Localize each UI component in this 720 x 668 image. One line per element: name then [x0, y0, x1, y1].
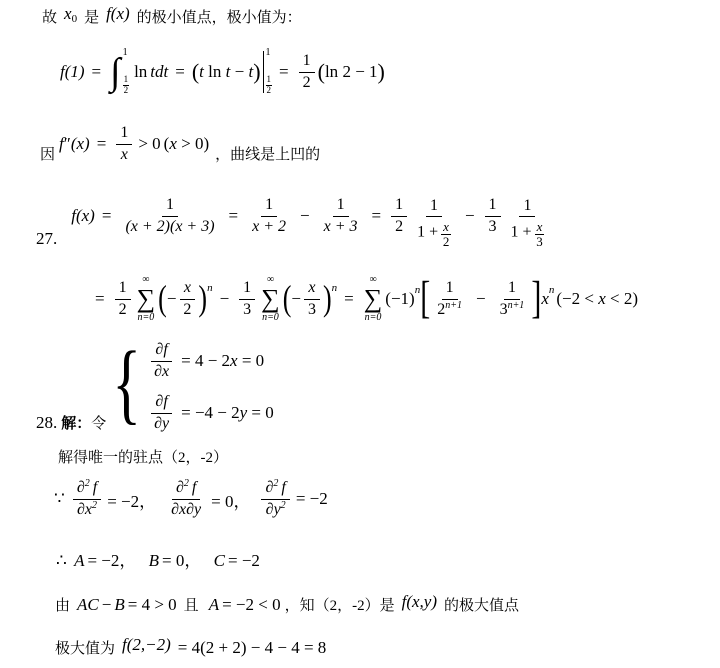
- partial-fractions-formula: 27. f(x) = 1(x + 2)(x + 3) = 1x + 2 − 1x…: [36, 183, 551, 249]
- partial-x-equation: ∂f∂x = 4 − 2x = 0: [147, 341, 274, 381]
- value-token: = 0，: [162, 551, 201, 570]
- open-paren: (: [283, 281, 292, 317]
- greater-than-zero: > 0: [138, 134, 160, 154]
- var-A: A: [74, 551, 84, 570]
- min-point-text: 的极小值点，极小值为：: [137, 10, 302, 26]
- minus-sign: −: [220, 289, 230, 309]
- summation-sign: ∞∑n=0: [364, 275, 383, 323]
- max-value-label: 极大值为: [55, 641, 115, 657]
- integral-limits: 1 12: [123, 48, 130, 96]
- close-bracket: ]: [531, 277, 541, 322]
- lower-limit-half: 12: [266, 75, 273, 96]
- min-point-statement: 故 x0 是 f(x) 的极小值点，极小值为：: [42, 6, 302, 27]
- value-token: = −2，: [107, 487, 156, 512]
- equation-rhs: = −4 − 2y = 0: [181, 403, 274, 423]
- second-derivatives-line: ∵ ∂2f∂x2 = −2， ∂2f∂x∂y = 0， ∂2f∂y2 = −2: [54, 474, 331, 524]
- fx-token: f(x): [106, 4, 130, 23]
- summation-sign: ∞∑n=0: [261, 275, 280, 323]
- minus-sign: −: [476, 289, 486, 309]
- minus-sign: −: [102, 595, 112, 614]
- var-x0: x0: [64, 4, 77, 23]
- value-token: = −2: [296, 489, 328, 509]
- var-B: B: [149, 551, 159, 570]
- max-point-text: 的极大值点: [444, 598, 519, 614]
- system-brace: {: [112, 338, 141, 428]
- result-term: (ln 2 − 1): [318, 59, 385, 85]
- concave-text: ，曲线是上凹的: [215, 143, 320, 164]
- fraction-geometric-2: 11 +x2: [413, 197, 455, 248]
- value-token: = 0，: [211, 487, 250, 512]
- maximum-value-line: 极大值为 f(2,−2) = 4(2 + 2) − 4 − 4 = 8: [55, 637, 326, 658]
- var-B: B: [114, 595, 124, 614]
- text-qie: 且: [184, 598, 199, 614]
- value-token: = −2: [228, 551, 260, 570]
- stationary-point-statement: 解得唯一的驻点（2，-2）: [58, 446, 228, 467]
- fraction-one-half: 12: [299, 52, 315, 92]
- var-A: A: [209, 595, 219, 614]
- equals-sign: =: [92, 62, 102, 82]
- ling-label: 令: [91, 416, 106, 432]
- minus-sign: −: [300, 206, 310, 226]
- exponent-n: n: [207, 282, 213, 294]
- f-double-prime: f″(x): [59, 134, 90, 154]
- abc-values-line: ∴ A= −2， B= 0， C= −2: [56, 546, 260, 571]
- system-of-equations: 28. 解：令 { ∂f∂x = 4 − 2x = 0 ∂f∂y = −4 − …: [36, 333, 274, 433]
- text-yin: 因: [40, 143, 55, 164]
- nested-fraction-x-over-3: x3: [535, 220, 545, 250]
- fraction-geometric-3: 11 +x3: [507, 197, 549, 248]
- exponent-n: n: [332, 282, 338, 294]
- evaluation-limits: 1 12: [266, 48, 273, 96]
- text-you: 由: [55, 598, 70, 614]
- fraction-product: 1(x + 2)(x + 3): [121, 196, 218, 236]
- value-computation: = 4(2 + 2) − 4 − 4 = 8: [178, 638, 327, 657]
- equals-sign: =: [175, 62, 185, 82]
- evaluation-bar: 1 12: [263, 48, 273, 96]
- minus-sign: −: [291, 289, 301, 309]
- fx-token: f(x): [71, 206, 95, 226]
- equals-sign: =: [95, 289, 105, 309]
- text-shi: 是: [84, 10, 99, 26]
- fraction-one-half: 12: [391, 196, 407, 236]
- know-point-text: ，知（2，-2）是: [285, 598, 395, 614]
- fraction-3-power: 13n+1: [496, 279, 529, 319]
- equals-sign: =: [229, 206, 239, 226]
- nested-fraction-x-over-2: x2: [441, 220, 451, 250]
- jie-label: 解：: [61, 416, 91, 432]
- equals-sign: =: [102, 206, 112, 226]
- var-AC: AC: [77, 595, 99, 614]
- value-token: = −2 < 0: [222, 595, 281, 614]
- fraction-one-over-x: 1x: [116, 124, 132, 164]
- d2f-dxdy-fraction: ∂2f∂x∂y: [167, 479, 205, 519]
- equals-sign: =: [344, 289, 354, 309]
- summation-sign: ∞∑n=0: [137, 275, 156, 323]
- maximum-point-statement: 由 AC−B= 4 > 0 且 A= −2 < 0 ，知（2，-2）是 f(x,…: [55, 594, 519, 615]
- vertical-bar: [263, 51, 264, 93]
- open-paren: (: [158, 281, 167, 317]
- equation-rhs: = 4 − 2x = 0: [181, 351, 264, 371]
- fraction-one-third: 13: [485, 196, 501, 236]
- equals-sign: =: [97, 134, 107, 154]
- lower-limit-half: 12: [123, 75, 130, 96]
- value-token: = 4 > 0: [128, 595, 177, 614]
- value-token: = −2，: [87, 551, 136, 570]
- integral-formula: f(1) = ∫ 1 12 lntdt = (t ln t − t) 1 12 …: [60, 44, 385, 100]
- because-symbol: ∵: [54, 489, 65, 509]
- partial-fraction-fx: ∂f∂x: [150, 341, 173, 381]
- problem-number-27: 27.: [36, 229, 57, 249]
- concavity-statement: 因 f″(x) = 1x > 0 (x > 0) ，曲线是上凹的: [40, 116, 320, 164]
- second-derivative-formula: f″(x) = 1x > 0 (x > 0): [59, 124, 209, 164]
- fraction-x-over-3: x3: [304, 279, 320, 319]
- close-paren: ): [198, 281, 207, 317]
- minus-sign: −: [167, 289, 177, 309]
- f-at-point-token: f(2,−2): [122, 635, 171, 654]
- equals-sign: =: [372, 206, 382, 226]
- text-gu: 故: [42, 10, 57, 26]
- open-bracket: [: [420, 277, 430, 322]
- f1-token: f(1): [60, 62, 85, 82]
- integrand: lntdt: [131, 62, 168, 82]
- close-paren: ): [323, 281, 332, 317]
- d2f-dx2-fraction: ∂2f∂x2: [73, 479, 101, 519]
- minus-sign: −: [465, 206, 475, 226]
- fraction-2-power: 12n+1: [433, 279, 466, 319]
- partial-fraction-fy: ∂f∂y: [150, 393, 173, 433]
- convergence-interval: (−2 < x < 2): [556, 289, 638, 309]
- fraction-x-plus-2: 1x + 2: [248, 196, 290, 236]
- domain-condition: (x > 0): [164, 134, 209, 154]
- minus-one-term: (−1)n: [385, 289, 420, 309]
- integral-sign: ∫ 1 12: [110, 48, 129, 96]
- equations-column: ∂f∂x = 4 − 2x = 0 ∂f∂y = −4 − 2y = 0: [147, 341, 274, 433]
- series-expansion-formula: = 12 ∞∑n=0 ( − x2 ) n − 13 ∞∑n=0 ( − x3 …: [88, 270, 638, 328]
- document-page: 故 x0 是 f(x) 的极小值点，极小值为： f(1) = ∫ 1 12 ln…: [0, 0, 720, 668]
- antiderivative: (t ln t − t): [192, 59, 261, 85]
- therefore-symbol: ∴: [56, 551, 67, 570]
- equals-sign: =: [279, 62, 289, 82]
- fxy-token: f(x,y): [402, 592, 437, 611]
- fraction-x-over-2: x2: [179, 279, 195, 319]
- partial-y-equation: ∂f∂y = −4 − 2y = 0: [147, 393, 274, 433]
- var-C: C: [214, 551, 225, 570]
- fraction-x-plus-3: 1x + 3: [320, 196, 362, 236]
- fraction-one-half: 12: [115, 279, 131, 319]
- d2f-dy2-fraction: ∂2f∂y2: [261, 479, 289, 519]
- x-power-n: xn: [541, 289, 554, 309]
- problem-28-label: 28. 解：令: [36, 412, 106, 433]
- fraction-one-third: 13: [239, 279, 255, 319]
